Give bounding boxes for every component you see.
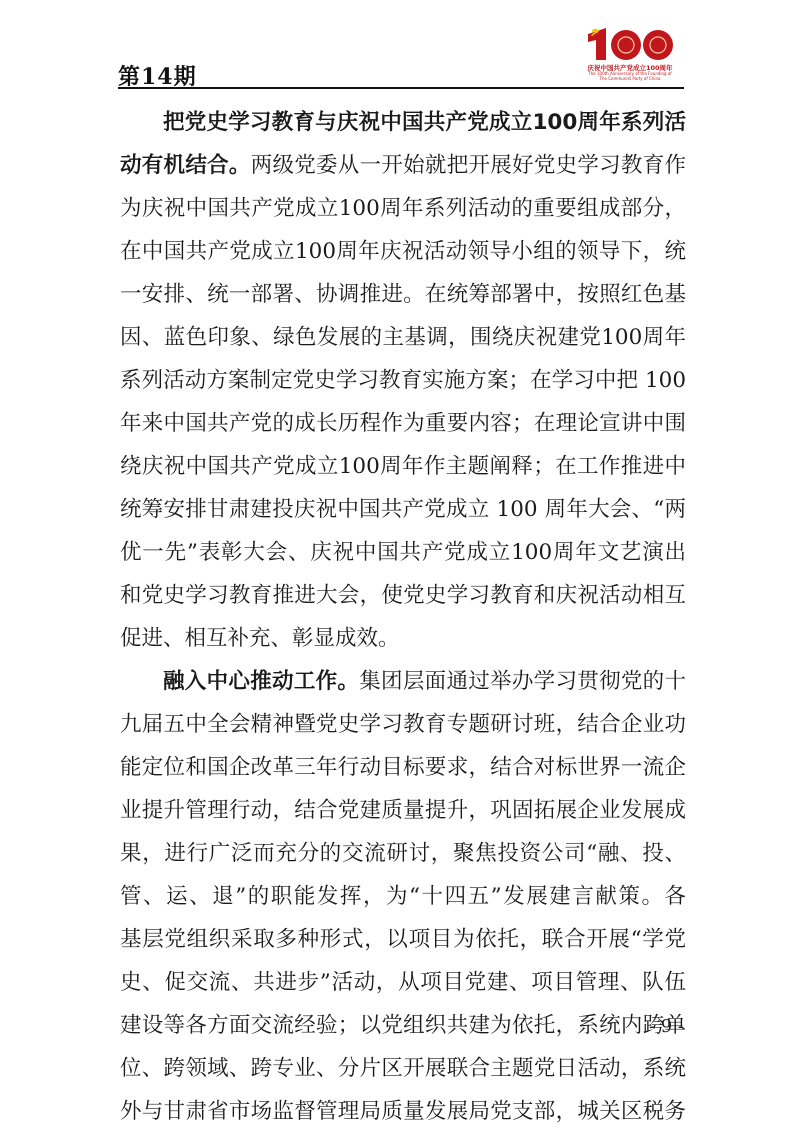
paragraph-2-line-4: 业提升管理行动，结合党建质量提升，巩固拓展企业发展成 xyxy=(120,789,686,832)
party-100-emblem-icon xyxy=(586,26,676,62)
paragraph-1-line-3: 为庆祝中国共产党成立100周年系列活动的重要组成部分， xyxy=(120,187,686,230)
paragraph-2-line-10: 位、跨领域、跨专业、分片区开展联合主题党日活动，系统 xyxy=(120,1047,686,1090)
paragraph-2-line-6: 管、运、退”的职能发挥，为“十四五”发展建言献策。各 xyxy=(120,875,686,918)
paragraph-1-line-1: 把党史学习教育与庆祝中国共产党成立100周年系列活 xyxy=(120,101,686,144)
paragraph-1-line-7: 系列活动方案制定党史学习教育实施方案；在学习中把 100 xyxy=(120,359,686,402)
page-number: - 9 - xyxy=(620,1016,684,1037)
paragraph-1-line-5: 一安排、统一部署、协调推进。在统筹部署中，按照红色基 xyxy=(120,273,686,316)
paragraph-1-line-11: 优一先”表彰大会、庆祝中国共产党成立100周年文艺演出 xyxy=(120,531,686,574)
document-body: 把党史学习教育与庆祝中国共产党成立100周年系列活 动有机结合。两级党委从一开始… xyxy=(120,101,686,1131)
paragraph-2-line-8: 史、促交流、共进步”活动，从项目党建、项目管理、队伍 xyxy=(120,961,686,1004)
paragraph-2-line-11: 外与甘肃省市场监督管理局质量发展局党支部，城关区税务 xyxy=(120,1090,686,1131)
paragraph-2-line-7: 基层党组织采取多种形式，以项目为依托，联合开展“学党 xyxy=(120,918,686,961)
centenary-logo: 庆祝中国共产党成立100周年 The 100th Anniversary of … xyxy=(580,26,680,84)
paragraph-1-line-13: 促进、相互补充、彰显成效。 xyxy=(120,617,686,660)
paragraph-2-line-5: 果，进行广泛而充分的交流研讨，聚焦投资公司“融、投、 xyxy=(120,832,686,875)
paragraph-1-line-10: 统筹安排甘肃建投庆祝中国共产党成立 100 周年大会、“两 xyxy=(120,488,686,531)
logo-english-caption: The 100th Anniversary of the Founding of… xyxy=(580,71,680,81)
paragraph-2-line-9: 建设等各方面交流经验；以党组织共建为依托，系统内跨单 xyxy=(120,1004,686,1047)
paragraph-2-line-3: 能定位和国企改革三年行动目标要求，结合对标世界一流企 xyxy=(120,746,686,789)
paragraph-1-line-2: 动有机结合。两级党委从一开始就把开展好党史学习教育作 xyxy=(120,144,686,187)
paragraph-1-line-12: 和党史学习教育推进大会，使党史学习教育和庆祝活动相互 xyxy=(120,574,686,617)
paragraph-2-line-2: 九届五中全会精神暨党史学习教育专题研讨班，结合企业功 xyxy=(120,703,686,746)
paragraph-1-line-6: 因、蓝色印象、绿色发展的主基调，围绕庆祝建党100周年 xyxy=(120,316,686,359)
paragraph-2-line-1: 融入中心推动工作。集团层面通过举办学习贯彻党的十 xyxy=(120,660,686,703)
header-rule xyxy=(118,87,684,89)
paragraph-1-line-8: 年来中国共产党的成长历程作为重要内容；在理论宣讲中围 xyxy=(120,402,686,445)
paragraph-1-line-9: 绕庆祝中国共产党成立100周年作主题阐释；在工作推进中 xyxy=(120,445,686,488)
paragraph-1-line-4: 在中国共产党成立100周年庆祝活动领导小组的领导下，统 xyxy=(120,230,686,273)
